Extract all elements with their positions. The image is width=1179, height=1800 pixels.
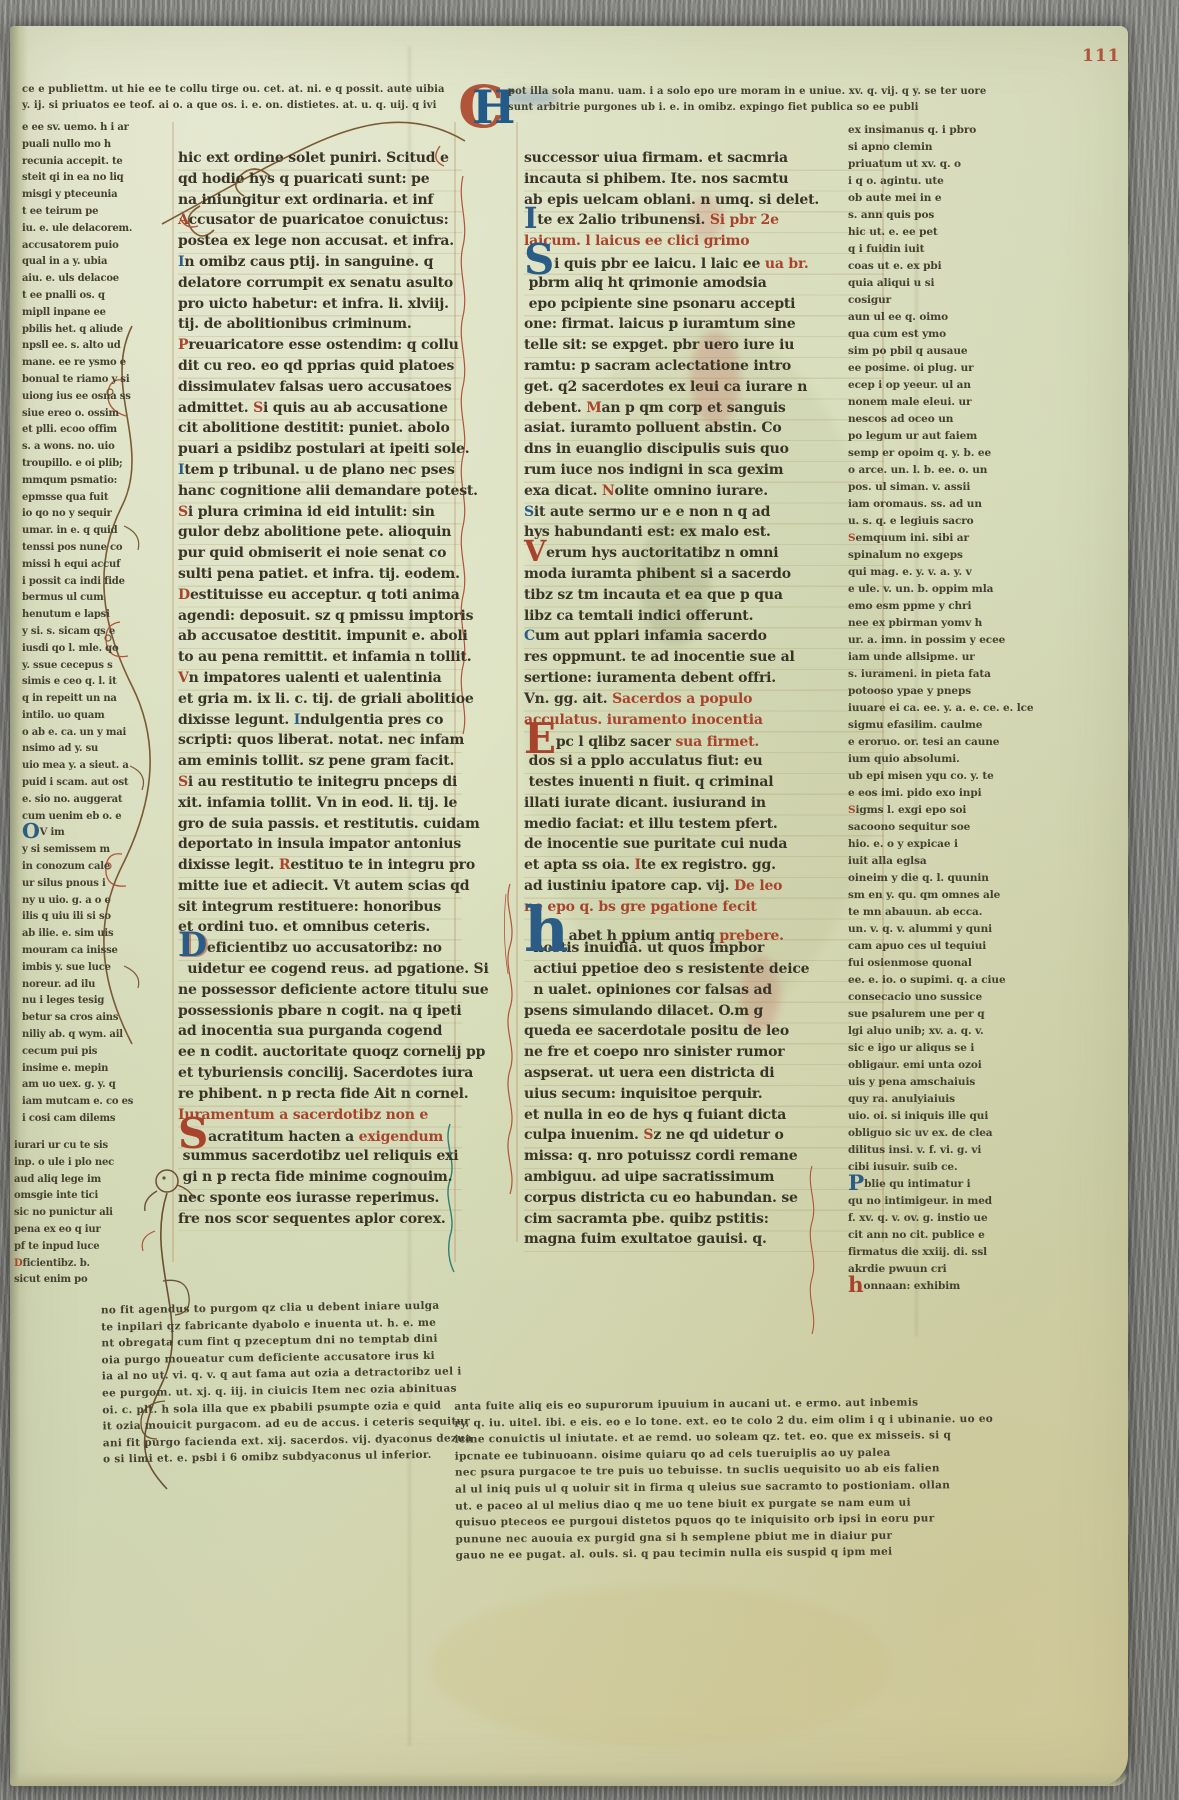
text-line: Cum aut pplari infamia sacerdo xyxy=(524,628,884,649)
text-line: t ee pnalli os. q xyxy=(22,290,160,307)
text-line: acculatus. iuramento inocentia xyxy=(524,712,884,733)
text-line: henutum e lapsi xyxy=(22,609,160,626)
text-line: missi h equi accuf xyxy=(22,559,160,576)
text-line: magna fuim exultatoe gauisi. q. xyxy=(524,1231,884,1252)
text-line: Deficientibz uo accusatoribz: no xyxy=(178,940,462,961)
text-line: fre nos scor sequentes aplor corex. xyxy=(178,1211,462,1232)
text-line: Sigms l. exgi epo soi xyxy=(848,804,1130,821)
text-line: to au pena remittit. et infamia n tollit… xyxy=(178,649,462,670)
main-column-right: successor uiua firmam. et sacmriaincauta… xyxy=(524,150,884,1252)
text-line: hic ext ordine solet puniri. Scitud e xyxy=(178,150,462,171)
text-line: habet h ppium antiq prebere. xyxy=(524,919,884,940)
text-line: ee. e. io. o supimi. q. a ciue xyxy=(848,974,1130,991)
text-line: Item p tribunal. u de plano nec pses xyxy=(178,462,462,483)
text-line: admittet. Si quis au ab accusatione xyxy=(178,400,462,421)
text-line: si apno clemin xyxy=(848,141,1130,158)
text-line: exa dicat. Nolite omnino iurare. xyxy=(524,483,884,504)
text-line: sacoono sequitur soe xyxy=(848,821,1130,838)
text-line: hys habundanti est: ex malo est. xyxy=(524,524,884,545)
text-line: te mn abauun. ab ecca. xyxy=(848,906,1130,923)
text-line: qual in a y. ubia xyxy=(22,256,160,273)
text-line: mipll inpane ee xyxy=(22,307,160,324)
text-line: possessionis pbare n cogit. na q ipeti xyxy=(178,1003,462,1024)
text-line: nsimo ad y. su xyxy=(22,743,160,760)
text-line: nonem male eleui. ur xyxy=(848,396,1130,413)
text-line: Si au restitutio te initegru pnceps di xyxy=(178,774,462,795)
text-line: Pblie qu intimatur i xyxy=(848,1178,1130,1195)
text-line: siue ereo o. ossim xyxy=(22,408,160,425)
text-line: Iuramentum a sacerdotibz non e xyxy=(178,1107,462,1128)
text-line: pos. ul siman. v. assii xyxy=(848,481,1130,498)
text-line: OV im xyxy=(22,827,160,844)
text-line: sm en y. qu. qm omnes ale xyxy=(848,889,1130,906)
gloss-bottom-left: no fit agendus to purgom qz clia u deben… xyxy=(101,1300,451,1471)
text-line: sertione: iuramenta debent offri. xyxy=(524,670,884,691)
text-line: et gria m. ix li. c. tij. de griali abol… xyxy=(178,691,462,712)
text-line: po legum ur aut faiem xyxy=(848,430,1130,447)
text-line: pot illa sola manu. uam. i a solo epo ur… xyxy=(508,86,1130,102)
text-line: cam apuo ces ul tequiui xyxy=(848,940,1130,957)
text-line: o si limi et. e. psbi i 6 omibz subdyaco… xyxy=(103,1449,451,1470)
text-line: corpus districta cu eo habundan. se xyxy=(524,1190,884,1211)
text-line: iurari ur cu te sis xyxy=(14,1140,122,1157)
text-line: s. ann quis pos xyxy=(848,209,1130,226)
text-line: Semquum ini. sibi ar xyxy=(848,532,1130,549)
text-line: sit integrum restituere: honoribus xyxy=(178,899,462,920)
text-line: missa: q. nro potuissz cordi remane xyxy=(524,1148,884,1169)
text-line: et nulla in eo de hys q fuiant dicta xyxy=(524,1107,884,1128)
text-line: hio. e. o y expicae i xyxy=(848,838,1130,855)
text-line: pf te inpud luce xyxy=(14,1241,122,1258)
text-line: uio mea y. a sieut. a xyxy=(22,760,160,777)
gloss-margin-left: e ee sv. uemo. h i arpuali nullo mo hrec… xyxy=(22,122,160,1130)
text-line: Preuaricatore esse ostendim: q collu xyxy=(178,337,462,358)
text-line: uidetur ee cogend reus. ad pgatione. Si xyxy=(178,961,462,982)
text-line: e ee sv. uemo. h i ar xyxy=(22,122,160,139)
text-line: ne fre et coepo nro sinister rumor xyxy=(524,1044,884,1065)
text-line: xit. infamia tollit. Vn in eod. li. tij.… xyxy=(178,795,462,816)
text-line: summus sacerdotibz uel reliquis exi xyxy=(178,1148,462,1169)
text-line: Si quis pbr ee laicu. l laic ee ua br. xyxy=(524,254,884,275)
text-line: n ualet. opiniones cor falsas ad xyxy=(524,982,884,1003)
gloss-margin-left-lower: iurari ur cu te sisinp. o ule i plo neca… xyxy=(14,1140,122,1291)
text-line: obliguo sic uv ex. de clea xyxy=(848,1127,1130,1144)
parchment-page: 111 C H xyxy=(10,26,1128,1786)
text-line: uius secum: inquisitoe perquir. xyxy=(524,1086,884,1107)
text-line: delatore corrumpit ex senatu asulto xyxy=(178,275,462,296)
text-line: ce e publiettm. ut hie ee te collu tirge… xyxy=(22,84,362,100)
text-line: sic e igo ur aliqus se i xyxy=(848,1042,1130,1059)
text-line: aun ul ee q. oimo xyxy=(848,311,1130,328)
text-line: ne epo q. bs gre pgatione fecit xyxy=(524,899,884,920)
text-line: ob aute mei in e xyxy=(848,192,1130,209)
text-line: fui osienmose quonal xyxy=(848,957,1130,974)
pen-flourish-initial xyxy=(502,884,518,1214)
text-line: culpa inuenim. Sz ne qd uidetur o xyxy=(524,1127,884,1148)
text-line: e ule. v. un. b. oppim mla xyxy=(848,583,1130,600)
text-line: noreur. ad ilu xyxy=(22,979,160,996)
text-line: u. s. q. e legiuis sacro xyxy=(848,515,1130,532)
text-line: telle sit: se expget. pbr uero iure iu xyxy=(524,337,884,358)
text-line: et plli. ecoo offim xyxy=(22,424,160,441)
text-line: nu i leges tesig xyxy=(22,995,160,1012)
text-line: iuuare ei ca. ee. y. a. e. ce. e. lce xyxy=(848,702,1130,719)
text-line: am uo uex. g. y. q xyxy=(22,1079,160,1096)
text-line: ab ilie. e. sim uis xyxy=(22,928,160,945)
gloss-top-right: pot illa sola manu. uam. i a solo epo ur… xyxy=(508,86,1130,118)
text-line: sigmu efasilim. caulme xyxy=(848,719,1130,736)
text-line: akrdie pwuun cri xyxy=(848,1263,1130,1280)
text-line: dns in euanglio discipulis suis quo xyxy=(524,441,884,462)
text-line: moda iuramta phibent si a sacerdo xyxy=(524,566,884,587)
text-line: sicut enim po xyxy=(14,1274,122,1291)
text-line: cit abolitione destitit: puniet. abolo xyxy=(178,420,462,441)
text-line: io qo no y sequir xyxy=(22,508,160,525)
text-line: Destituisse eu acceptur. q toti anima xyxy=(178,587,462,608)
text-line: sulti pena patiet. et infra. tij. eodem. xyxy=(178,566,462,587)
text-line: e eos imi. pido exo inpi xyxy=(848,787,1130,804)
text-line: obligaur. emi unta ozoi xyxy=(848,1059,1130,1076)
text-line: insime e. mepin xyxy=(22,1063,160,1080)
text-line: libz ca temtali indici offerunt. xyxy=(524,608,884,629)
text-line: qui mag. e. y. v. a. y. v xyxy=(848,566,1130,583)
text-line: sunt arbitrie purgones ub i. e. in omibz… xyxy=(508,102,1130,118)
text-line: ub epi misen yqu co. y. te xyxy=(848,770,1130,787)
text-line: ur silus pnous i xyxy=(22,878,160,895)
text-line: t ee teirum pe xyxy=(22,206,160,223)
text-line: testes inuenti n fiuit. q criminal xyxy=(524,774,884,795)
page-edge xyxy=(10,1772,1128,1786)
text-line: et apta ss oia. Ite ex registro. gg. xyxy=(524,857,884,878)
text-line: cibi iusuir. suib ce. xyxy=(848,1161,1130,1178)
text-line: get. q2 sacerdotes ex leui ca iurare n xyxy=(524,379,884,400)
text-line: incauta si phibem. Ite. nos sacmtu xyxy=(524,171,884,192)
text-line: pro uicto habetur: et infra. li. xlviij. xyxy=(178,296,462,317)
text-line: honnaan: exhibim xyxy=(848,1280,1130,1297)
text-line: priuatum ut xv. q. o xyxy=(848,158,1130,175)
text-line: inp. o ule i plo nec xyxy=(14,1157,122,1174)
text-line: lgi aluo unib; xv. a. q. v. xyxy=(848,1025,1130,1042)
text-line: psens simulando dilacet. O.m g xyxy=(524,1003,884,1024)
text-line: iam unde allsipme. ur xyxy=(848,651,1130,668)
text-line: mitte iue et adiecit. Vt autem scias qd xyxy=(178,878,462,899)
text-line: Ite ex 2alio tribunensi. Si pbr 2e xyxy=(524,212,884,233)
text-line: pbrm aliq ht qrimonie amodsia xyxy=(524,275,884,296)
text-line: tij. de abolitionibus criminum. xyxy=(178,316,462,337)
text-line: aiu. e. uls delacoe xyxy=(22,273,160,290)
text-line: laicum. l laicus ee clici grimo xyxy=(524,233,884,254)
text-line: cecum pui pis xyxy=(22,1046,160,1063)
text-line: umar. in e. q quid xyxy=(22,525,160,542)
text-line: y. ij. si priuatos ee teof. ai o. a que … xyxy=(22,100,362,116)
text-line: pbilis het. q aliude xyxy=(22,324,160,341)
text-line: Vn impatores ualenti et ualentinia xyxy=(178,670,462,691)
text-line: ad inocentia sua purganda cogend xyxy=(178,1023,462,1044)
text-line: mmqum psmatio: xyxy=(22,475,160,492)
text-line: y si semissem m xyxy=(22,844,160,861)
text-line: re phibent. n p recta fide Ait n cornel. xyxy=(178,1086,462,1107)
text-line: dissimulatev falsas uero accusatoes xyxy=(178,379,462,400)
text-line: misgi y pteceunia xyxy=(22,189,160,206)
text-line: uiong ius ee osna ss xyxy=(22,391,160,408)
text-line: omsgie inte tici xyxy=(14,1190,122,1207)
text-line: niliy ab. q wym. ail xyxy=(22,1029,160,1046)
text-line: iuit alla eglsa xyxy=(848,855,1130,872)
text-line: iam mutcam e. co es xyxy=(22,1096,160,1113)
text-line: e eroruo. or. tesi an caune xyxy=(848,736,1130,753)
text-line: simis e ceo q. l. it xyxy=(22,676,160,693)
text-line: e. sio no. auggerat xyxy=(22,794,160,811)
text-line: debent. Man p qm corp et sanguis xyxy=(524,400,884,421)
text-line: Epc l qlibz sacer sua firmet. xyxy=(524,732,884,753)
text-line: scripti: quos liberat. notat. nec infam xyxy=(178,732,462,753)
text-line: bermus ul cum xyxy=(22,592,160,609)
text-line: Sit aute sermo ur e e non n q ad xyxy=(524,504,884,525)
text-line: illati iurate dicant. iusiurand in xyxy=(524,795,884,816)
text-line: y si. s. sicam qs e xyxy=(22,626,160,643)
text-line: nec sponte eos iurasse reperimus. xyxy=(178,1190,462,1211)
text-line: q in repeitt un na xyxy=(22,693,160,710)
text-line: sic no punictur ali xyxy=(14,1207,122,1224)
text-line: consecacio uno sussice xyxy=(848,991,1130,1008)
text-line: Dficientibz. b. xyxy=(14,1258,122,1275)
text-line: cim sacramta pbe. quibz pstitis: xyxy=(524,1211,884,1232)
text-line: o arce. un. l. b. ee. o. un xyxy=(848,464,1130,481)
text-line: quia aliqui u si xyxy=(848,277,1130,294)
text-line: mane. ee re ysmo e xyxy=(22,357,160,374)
text-line: cum uenim eb o. e xyxy=(22,811,160,828)
text-line: mouram ca inisse xyxy=(22,945,160,962)
text-line: iam oromaus. ss. ad un xyxy=(848,498,1130,515)
text-line: qd hodie hys q puaricati sunt: pe xyxy=(178,171,462,192)
text-line: qua cum est ymo xyxy=(848,328,1130,345)
text-line: tibz sz tm incauta et ea que p qua xyxy=(524,587,884,608)
text-line: hanc cognitione alii demandare potest. xyxy=(178,483,462,504)
text-line: i q o. agintu. ute xyxy=(848,175,1130,192)
text-line: Accusator de puaricatoe conuictus: xyxy=(178,212,462,233)
text-line: aud aliq lege im xyxy=(14,1174,122,1191)
folio-number: 111 xyxy=(1082,46,1121,66)
text-line: betur sa cros ains xyxy=(22,1012,160,1029)
text-line: pena ex eo q iur xyxy=(14,1224,122,1241)
text-line: asiat. iuramto polluent abstin. Co xyxy=(524,420,884,441)
text-line: ex insimanus q. i pbro xyxy=(848,124,1130,141)
text-line: hostis inuidia. ut quos impbor xyxy=(524,940,884,961)
text-line: o ab e. ca. un y mai xyxy=(22,727,160,744)
text-line: Sacratitum hacten a exigendum xyxy=(178,1127,462,1148)
text-line: imbis y. sue luce xyxy=(22,962,160,979)
text-line: one: firmat. laicus p iuramtum sine xyxy=(524,316,884,337)
text-line: puali nullo mo h xyxy=(22,139,160,156)
text-line: ee posime. oi plug. ur xyxy=(848,362,1130,379)
text-line: intilo. uo quam xyxy=(22,710,160,727)
text-line: postea ex lege non accusat. et infra. xyxy=(178,233,462,254)
ruling-line xyxy=(172,122,174,1262)
text-line: deportato in insula impator antonius xyxy=(178,836,462,857)
text-line: gro de suia passis. et restitutis. cuida… xyxy=(178,816,462,837)
text-line: pur quid obmiserit ei noie senat co xyxy=(178,545,462,566)
text-line: epmsse qua fuit xyxy=(22,492,160,509)
text-line: ab epis uelcam oblani. n umq. si delet. xyxy=(524,192,884,213)
text-line: ad iustiniu ipatore cap. vij. De leo xyxy=(524,878,884,899)
text-line: na iniungitur ext ordinaria. et inf xyxy=(178,192,462,213)
text-line: sim po pbil q ausaue xyxy=(848,345,1130,362)
text-line: am eminis tollit. sz pene gram facit. xyxy=(178,753,462,774)
text-line: puari a psidibz postulari at ipeiti sole… xyxy=(178,441,462,462)
text-line: res oppmunt. te ad inocentie sue al xyxy=(524,649,884,670)
text-line: i cosi cam dilems xyxy=(22,1113,160,1130)
stain xyxy=(430,1586,890,1746)
text-line: dixisse legunt. Indulgentia pres co xyxy=(178,712,462,733)
text-line: s. iurameni. in pieta fata xyxy=(848,668,1130,685)
text-line: aspserat. ut uera een districta di xyxy=(524,1065,884,1086)
text-line: ramtu: p sacram aclectatione intro xyxy=(524,358,884,379)
text-line: f. xv. q. v. ov. g. instio ue xyxy=(848,1212,1130,1229)
text-line: semp er opoim q. y. b. ee xyxy=(848,447,1130,464)
text-line: q i fuidin iuit xyxy=(848,243,1130,260)
text-line: quy ra. anulyiaiuis xyxy=(848,1093,1130,1110)
gloss-margin-right: ex insimanus q. i pbrosi apno cleminpriu… xyxy=(848,124,1130,1297)
text-line: uis y pena amschaiuis xyxy=(848,1076,1130,1093)
text-line: agendi: deposuit. sz q pmissu imptoris xyxy=(178,608,462,629)
text-line: iu. e. ule delacorem. xyxy=(22,223,160,240)
text-line: un. v. q. v. alummi y quni xyxy=(848,923,1130,940)
text-line: in conozum cale xyxy=(22,861,160,878)
text-line: npsll ee. s. alto ud xyxy=(22,340,160,357)
text-line: dilitus insi. v. f. vi. g. vi xyxy=(848,1144,1130,1161)
text-line: queda ee sacerdotale positu de leo xyxy=(524,1023,884,1044)
text-line: medio faciat: et illu testem pfert. xyxy=(524,816,884,837)
gloss-bottom-right: anta fuite aliq eis eo supurorum ipuuium… xyxy=(454,1395,1045,1566)
text-line: emo esm ppme y chri xyxy=(848,600,1130,617)
text-line: accusatorem puio xyxy=(22,240,160,257)
text-line: In omibz caus ptij. in sanguine. q xyxy=(178,254,462,275)
text-line: troupillo. e oi plib; xyxy=(22,458,160,475)
text-line: sue psalurem une per q xyxy=(848,1008,1130,1025)
text-line: i possit ca indi fide xyxy=(22,576,160,593)
text-line: et ordini tuo. et omnibus ceteris. xyxy=(178,919,462,940)
main-column-left: hic ext ordine solet puniri. Scitud eqd … xyxy=(178,150,462,1231)
text-line: oineim y die q. l. quunin xyxy=(848,872,1130,889)
text-line: puid i scam. aut ost xyxy=(22,777,160,794)
text-line: hic ut. e. ee pet xyxy=(848,226,1130,243)
text-line: cit ann no cit. publice e xyxy=(848,1229,1130,1246)
text-line: uio. oi. si iniquis ille qui xyxy=(848,1110,1130,1127)
text-line: de inocentie sue puritate cui nuda xyxy=(524,836,884,857)
text-line: recunia accepit. te xyxy=(22,156,160,173)
text-line: actiui ppetioe deo s resistente deice xyxy=(524,961,884,982)
text-line: ab accusatoe destitit. impunit e. aboli xyxy=(178,628,462,649)
text-line: potooso ypae y pneps xyxy=(848,685,1130,702)
text-line: ee n codit. auctoritate quoqz cornelij p… xyxy=(178,1044,462,1065)
text-line: et tyburiensis concilij. Sacerdotes iura xyxy=(178,1065,462,1086)
text-line: tenssi pos nune co xyxy=(22,542,160,559)
text-line: Vn. gg. ait. Sacerdos a populo xyxy=(524,691,884,712)
text-line: gulor debz abolitione pete. alioquin xyxy=(178,524,462,545)
text-line: dit cu reo. eo qd pprias quid platoes xyxy=(178,358,462,379)
text-line: spinalum no exgeps xyxy=(848,549,1130,566)
text-line: ny u uio. g. a o e xyxy=(22,895,160,912)
text-line: steit qi in ea no liq xyxy=(22,172,160,189)
text-line: nee ex pbirman yomv h xyxy=(848,617,1130,634)
text-line: dixisse legit. Restituo te in integru pr… xyxy=(178,857,462,878)
manuscript-photo: 111 C H xyxy=(0,0,1179,1800)
text-line: ium quio absolumi. xyxy=(848,753,1130,770)
text-line: y. ssue cecepus s xyxy=(22,660,160,677)
text-line: ecep i op yeeur. ul an xyxy=(848,379,1130,396)
text-line: nescos ad oceo un xyxy=(848,413,1130,430)
text-line: s. a wons. no. uio xyxy=(22,441,160,458)
text-line: Verum hys auctoritatibz n omni xyxy=(524,545,884,566)
text-line: dos si a pplo acculatus fiut: eu xyxy=(524,753,884,774)
text-line: ilis q uiu ili si so xyxy=(22,911,160,928)
text-line: ambiguu. ad uipe sacratissimum xyxy=(524,1169,884,1190)
text-line: successor uiua firmam. et sacmria xyxy=(524,150,884,171)
text-line: iusdi qo l. mle. qo xyxy=(22,643,160,660)
text-line: ur. a. imn. in possim y ecee xyxy=(848,634,1130,651)
text-line: rum iuce nos indigni in sca gexim xyxy=(524,462,884,483)
text-line: gi n p recta fide minime cognouim. xyxy=(178,1169,462,1190)
text-line: Si plura crimina id eid intulit: sin xyxy=(178,504,462,525)
text-line: epo pcipiente sine psonaru accepti xyxy=(524,296,884,317)
text-line: cosigur xyxy=(848,294,1130,311)
text-line: bonual te riamo y si xyxy=(22,374,160,391)
text-line: coas ut e. ex pbi xyxy=(848,260,1130,277)
text-line: firmatus die xxiij. di. ssl xyxy=(848,1246,1130,1263)
gloss-top-left: ce e publiettm. ut hie ee te collu tirge… xyxy=(22,84,362,116)
text-line: ne possessor deficiente actore titulu su… xyxy=(178,982,462,1003)
text-line: qu no intimigeur. in med xyxy=(848,1195,1130,1212)
